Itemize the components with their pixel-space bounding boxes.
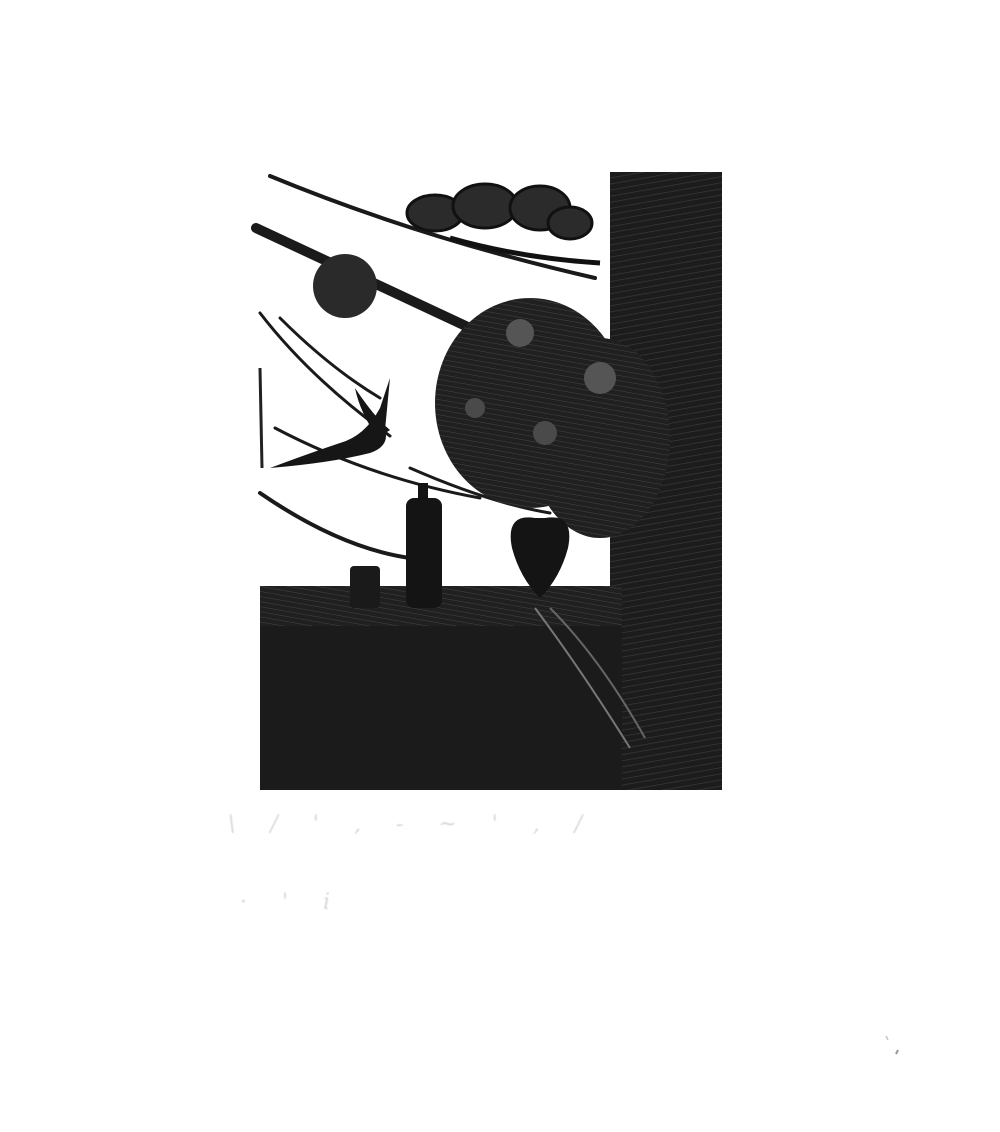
sun: [313, 254, 377, 318]
woodcut-print: [250, 168, 722, 790]
cup: [350, 566, 380, 608]
table: [260, 586, 622, 790]
pencil-mark: [882, 1034, 902, 1056]
pencil-inscription: \ / ' , - ~ ' , /: [228, 812, 848, 837]
bottle: [406, 483, 442, 608]
pencil-marks: · ' i: [240, 890, 344, 915]
